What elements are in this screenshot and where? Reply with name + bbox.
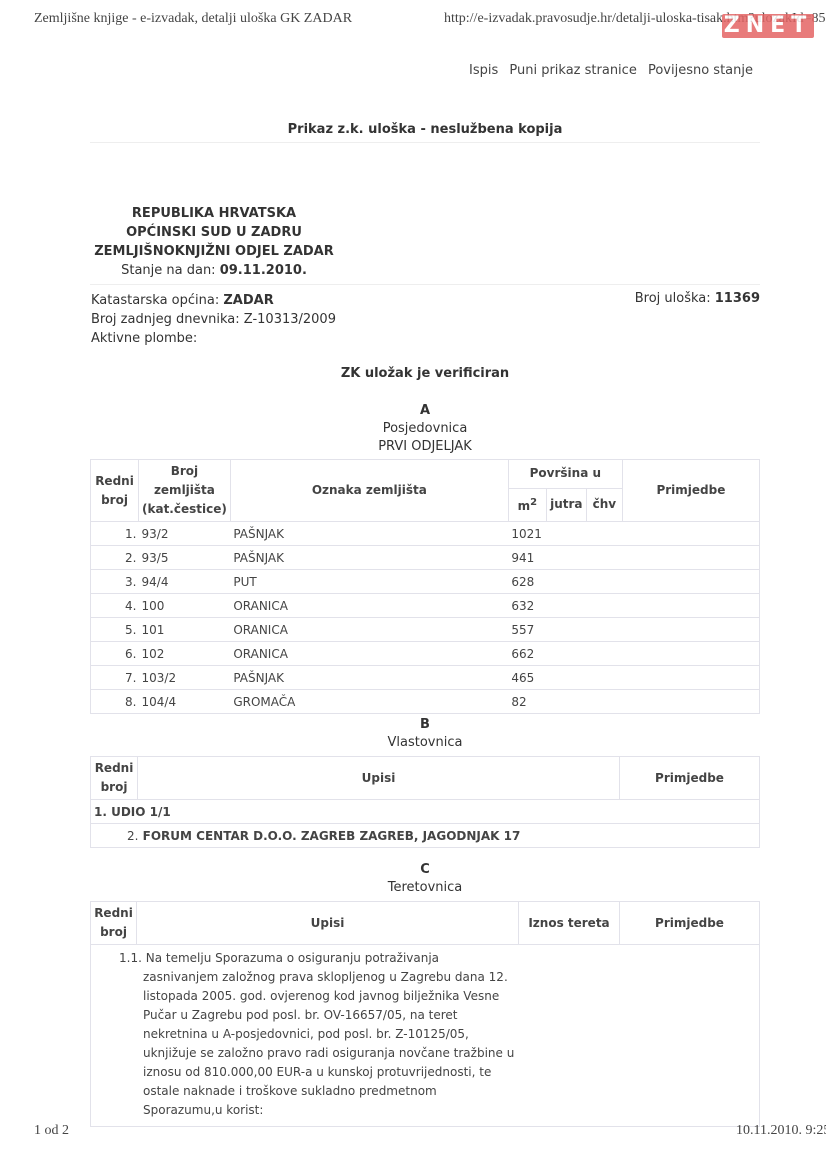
cell-broj-zemljista: 103/2 (139, 666, 231, 690)
vlastovnica-table: Redni broj Upisi Primjedbe 1. UDIO 1/1 2… (90, 756, 760, 848)
page-title: Prikaz z.k. uloška - neslužbena kopija (90, 122, 760, 137)
section-a-heading: A Posjedovnica PRVI ODJELJAK (90, 402, 760, 456)
cell-m2: 632 (508, 594, 546, 618)
cell-broj-zemljista: 100 (139, 594, 231, 618)
table-row: 7.103/2PAŠNJAK465 (91, 666, 760, 690)
cell-m2: 941 (508, 546, 546, 570)
posjedovnica-table: Redni broj Broj zemljišta (kat.čestice) … (90, 459, 760, 714)
cell-redni: 8. (91, 690, 139, 714)
section-b-heading: B Vlastovnica (90, 716, 760, 752)
table-row: 4.100ORANICA632 (91, 594, 760, 618)
cell-redni: 2. (91, 546, 139, 570)
cell-redni: 7. (91, 666, 139, 690)
header-primjedbe: Primjedbe (620, 757, 760, 800)
cell-primjedbe (622, 642, 759, 666)
cell-m2: 557 (508, 618, 546, 642)
header-primjedbe: Primjedbe (620, 902, 760, 945)
cell-primjedbe (622, 690, 759, 714)
header-upisi: Upisi (137, 902, 519, 945)
cell-m2: 465 (508, 666, 546, 690)
header-redni-broj: Redni broj (91, 460, 139, 522)
entry-text: 1.1. Na temelju Sporazuma o osiguranju p… (91, 945, 519, 1127)
cell-jutra (546, 546, 586, 570)
cell-redni: 4. (91, 594, 139, 618)
cell-oznaka: ORANICA (230, 618, 508, 642)
cell-primjedbe (622, 618, 759, 642)
cell-chv (586, 546, 622, 570)
cell-primjedbe (622, 522, 759, 546)
cell-chv (586, 594, 622, 618)
link-ispis[interactable]: Ispis (469, 63, 498, 78)
header-m2: m2 (508, 488, 546, 521)
cell-chv (586, 570, 622, 594)
header-jutra: jutra (546, 488, 586, 521)
table-row: 1.1. Na temelju Sporazuma o osiguranju p… (91, 945, 760, 1127)
cell-jutra (546, 618, 586, 642)
cell-jutra (546, 522, 586, 546)
link-puni-prikaz[interactable]: Puni prikaz stranice (509, 63, 636, 78)
stanje-date: Stanje na dan: 09.11.2010. (90, 261, 338, 280)
table-row: 5.101ORANICA557 (91, 618, 760, 642)
cell-redni: 5. (91, 618, 139, 642)
court-line-1: REPUBLIKA HRVATSKA (90, 204, 338, 223)
cell-broj-zemljista: 93/5 (139, 546, 231, 570)
znet-watermark-logo: ZNET (722, 14, 814, 38)
header-chv: čhv (586, 488, 622, 521)
cell-chv (586, 522, 622, 546)
cell-broj-zemljista: 102 (139, 642, 231, 666)
header-upisi: Upisi (138, 757, 620, 800)
cell-primjedbe (622, 594, 759, 618)
cell-jutra (546, 642, 586, 666)
court-line-3: ZEMLJIŠNOKNJIŽNI ODJEL ZADAR (90, 242, 338, 261)
cell-oznaka: PAŠNJAK (230, 666, 508, 690)
cell-primjedbe (622, 666, 759, 690)
court-header: REPUBLIKA HRVATSKA OPĆINSKI SUD U ZADRU … (90, 204, 338, 280)
section-c-heading: C Teretovnica (90, 861, 760, 897)
aktivne-plombe: Aktivne plombe: (91, 329, 336, 348)
cell-m2: 662 (508, 642, 546, 666)
owner-row: 2. FORUM CENTAR D.O.O. ZAGREB ZAGREB, JA… (91, 824, 760, 848)
uložak-meta: Katastarska općina: ZADAR Broj zadnjeg d… (91, 291, 336, 348)
table-row: 1. UDIO 1/1 (91, 800, 760, 824)
cell-chv (586, 666, 622, 690)
header-broj-zemljista: Broj zemljišta (kat.čestice) (139, 460, 231, 522)
table-row: 1.93/2PAŠNJAK1021 (91, 522, 760, 546)
cell-jutra (546, 666, 586, 690)
cell-m2: 1021 (508, 522, 546, 546)
table-row: 3.94/4PUT628 (91, 570, 760, 594)
header-redni-broj: Redni broj (91, 902, 137, 945)
link-povijesno-stanje[interactable]: Povijesno stanje (648, 63, 753, 78)
table-row: 6.102ORANICA662 (91, 642, 760, 666)
cell-m2: 82 (508, 690, 546, 714)
cell-oznaka: PAŠNJAK (230, 546, 508, 570)
cell-chv (586, 618, 622, 642)
table-row: 2. FORUM CENTAR D.O.O. ZAGREB ZAGREB, JA… (91, 824, 760, 848)
print-header-title: Zemljišne knjige - e-izvadak, detalji ul… (34, 11, 352, 27)
cell-oznaka: GROMAČA (230, 690, 508, 714)
print-footer-datetime: 10.11.2010. 9:25 (736, 1123, 826, 1139)
cell-oznaka: PUT (230, 570, 508, 594)
cell-oznaka: PAŠNJAK (230, 522, 508, 546)
cell-jutra (546, 594, 586, 618)
cell-oznaka: ORANICA (230, 642, 508, 666)
cell-primjedbe (622, 546, 759, 570)
top-links: Ispis Puni prikaz stranice Povijesno sta… (462, 63, 753, 78)
header-primjedbe: Primjedbe (622, 460, 759, 522)
udio-row: 1. UDIO 1/1 (91, 800, 760, 824)
cell-redni: 1. (91, 522, 139, 546)
teretovnica-table: Redni broj Upisi Iznos tereta Primjedbe … (90, 901, 760, 1127)
header-povrsina: Površina u (508, 460, 622, 489)
cell-jutra (546, 690, 586, 714)
cell-redni: 3. (91, 570, 139, 594)
header-iznos-tereta: Iznos tereta (519, 902, 620, 945)
header-oznaka: Oznaka zemljišta (230, 460, 508, 522)
cell-primjedbe (622, 570, 759, 594)
divider (90, 142, 760, 143)
table-row: 8.104/4GROMAČA82 (91, 690, 760, 714)
cell-broj-zemljista: 94/4 (139, 570, 231, 594)
broj-zadnjeg-dnevnika: Broj zadnjeg dnevnika: Z-10313/2009 (91, 310, 336, 329)
cell-chv (586, 690, 622, 714)
table-row: 2.93/5PAŠNJAK941 (91, 546, 760, 570)
cell-m2: 628 (508, 570, 546, 594)
verified-status: ZK uložak je verificiran (90, 366, 760, 381)
cell-broj-zemljista: 104/4 (139, 690, 231, 714)
broj-uloska: Broj uloška: 11369 (635, 291, 760, 306)
cell-broj-zemljista: 93/2 (139, 522, 231, 546)
court-line-2: OPĆINSKI SUD U ZADRU (90, 223, 338, 242)
cell-broj-zemljista: 101 (139, 618, 231, 642)
cell-redni: 6. (91, 642, 139, 666)
print-footer-page: 1 od 2 (34, 1123, 69, 1139)
cell-jutra (546, 570, 586, 594)
header-redni-broj: Redni broj (91, 757, 138, 800)
katastarska-opcina: Katastarska općina: ZADAR (91, 291, 336, 310)
cell-chv (586, 642, 622, 666)
divider (90, 284, 760, 285)
cell-oznaka: ORANICA (230, 594, 508, 618)
